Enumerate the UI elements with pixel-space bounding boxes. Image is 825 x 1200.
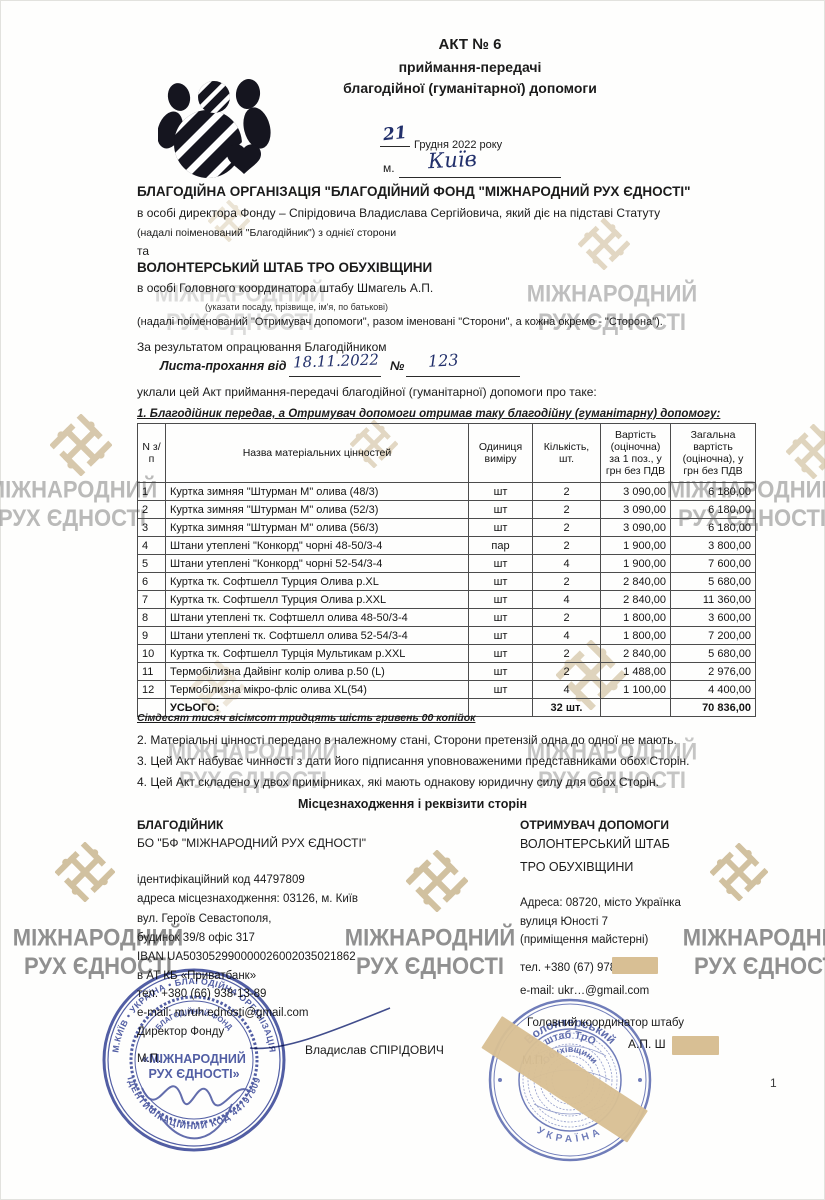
act-subtitle-2: благодійної (гуманітарної) допомоги — [300, 80, 640, 96]
total-qty: 32 шт. — [533, 699, 601, 717]
table-row: 11Термобілизна Дайвінг колір олива р.50 … — [138, 663, 756, 681]
cell-total: 7 600,00 — [671, 555, 756, 573]
cell-name: Куртка тк. Софтшелл Турція Мультикам р.X… — [166, 645, 469, 663]
cell-total: 2 976,00 — [671, 663, 756, 681]
cell-qty: 2 — [533, 663, 601, 681]
cell-total: 5 680,00 — [671, 645, 756, 663]
cell-name: Куртка тк. Софтшелл Турция Олива р.XL — [166, 573, 469, 591]
table-row: 8Штани утеплені тк. Софтшелл олива 48-50… — [138, 609, 756, 627]
cell-no: 11 — [138, 663, 166, 681]
table-row: 6Куртка тк. Софтшелл Турция Олива р.XLшт… — [138, 573, 756, 591]
header-name: Назва матеріальних цінностей — [166, 424, 469, 483]
table-row: 3Куртка зимняя "Штурман М" олива (56/3)ш… — [138, 519, 756, 537]
cell-total: 3 600,00 — [671, 609, 756, 627]
cell-total: 4 400,00 — [671, 681, 756, 699]
items-table: N з/п Назва матеріальних цінностей Одини… — [137, 423, 756, 717]
svg-text:БЛАГОДІЙНИЙ ФОНД: БЛАГОДІЙНИЙ ФОНД — [154, 1007, 235, 1032]
cell-unit: шт — [469, 681, 533, 699]
cell-qty: 2 — [533, 609, 601, 627]
cell-no: 7 — [138, 591, 166, 609]
cell-unit: шт — [469, 627, 533, 645]
cell-empty — [601, 699, 671, 717]
recipient-named-note: (надалі поіменований "Отримувач допомоги… — [137, 316, 663, 328]
stamp-inner-top-text: БЛАГОДІЙНИЙ ФОНД — [154, 1007, 235, 1032]
benefactor-org-title: БЛАГОДІЙНА ОРГАНІЗАЦІЯ "БЛАГОДІЙНИЙ ФОНД… — [137, 184, 690, 199]
cell-unit: шт — [469, 591, 533, 609]
header-no: N з/п — [138, 424, 166, 483]
cell-name: Куртка зимняя "Штурман М" олива (56/3) — [166, 519, 469, 537]
org-logo-watermark-icon — [55, 842, 115, 902]
benefactor-address-1: адреса місцезнаходження: 03126, м. Київ — [137, 893, 358, 905]
cell-price: 1 800,00 — [601, 609, 671, 627]
recipient-name-1: ВОЛОНТЕРСЬКИЙ ШТАБ — [520, 837, 670, 851]
table-row: 7Куртка тк. Софтшелл Турция Олива р.XXLш… — [138, 591, 756, 609]
cell-name: Штани утеплені тк. Софтшелл олива 52-54/… — [166, 627, 469, 645]
cell-unit: шт — [469, 501, 533, 519]
cell-no: 6 — [138, 573, 166, 591]
cell-no: 9 — [138, 627, 166, 645]
clause-4: 4. Цей Акт складено у двох примірниках, … — [137, 775, 659, 789]
conclusion-line: уклали цей Акт приймання-передачі благод… — [137, 385, 597, 399]
handwritten-city: Київ — [427, 147, 477, 174]
cell-unit: шт — [469, 609, 533, 627]
act-number-title: АКТ № 6 — [300, 36, 640, 53]
recipient-role-title: ОТРИМУВАЧ ДОПОМОГИ — [520, 818, 669, 832]
page-number: 1 — [770, 1076, 777, 1090]
org-logo-watermark-icon — [50, 414, 112, 476]
cell-name: Штани утеплені "Конкорд" чорні 52-54/3-4 — [166, 555, 469, 573]
benefactor-iban: IBAN UA503052990000026002035021862 — [137, 951, 356, 963]
cell-no: 10 — [138, 645, 166, 663]
header-total: Загальна вартість (оціночна), у грн без … — [671, 424, 756, 483]
cell-no: 1 — [138, 483, 166, 501]
cell-qty: 2 — [533, 483, 601, 501]
total-value: 70 836,00 — [671, 699, 756, 717]
stamp-ring-bottom-text: ІДЕНТИФІКАЦІЙНИЙ КОД 44797809 — [125, 1075, 262, 1131]
handwritten-letter-date: 18.11.2022 — [293, 351, 379, 372]
and-word: та — [137, 244, 149, 258]
benefactor-representative: в особі директора Фонду – Спірідовича Вл… — [137, 206, 660, 220]
cell-price: 3 090,00 — [601, 483, 671, 501]
letter-request-label: Листа-прохання від — [160, 359, 286, 373]
cell-qty: 2 — [533, 573, 601, 591]
cell-no: 2 — [138, 501, 166, 519]
org-name-watermark: МІЖНАРОДНИЙРУХ ЄДНОСТІ — [678, 923, 825, 980]
items-table-body: 1Куртка зимняя "Штурман М" олива (48/3)ш… — [138, 483, 756, 699]
cell-name: Куртка зимняя "Штурман М" олива (52/3) — [166, 501, 469, 519]
table-row: 9Штани утеплені тк. Софтшелл олива 52-54… — [138, 627, 756, 645]
document-page: МІЖНАРОДНИЙРУХ ЄДНОСТІ МІЖНАРОДНИЙРУХ ЄД… — [0, 0, 825, 1200]
benefactor-role-title: БЛАГОДІЙНИК — [137, 818, 223, 832]
org-logo-watermark-icon — [578, 218, 630, 270]
handwritten-day: 21 — [382, 123, 408, 145]
position-hint-note: (указати посаду, прізвище, ім'я, по бать… — [205, 302, 388, 312]
svg-text:ІДЕНТИФІКАЦІЙНИЙ КОД 44797809: ІДЕНТИФІКАЦІЙНИЙ КОД 44797809 — [125, 1075, 262, 1131]
benefactor-address-3: будинок 39/8 офіс 317 — [137, 932, 255, 944]
cell-price: 1 900,00 — [601, 537, 671, 555]
cell-no: 3 — [138, 519, 166, 537]
cell-qty: 4 — [533, 627, 601, 645]
cell-qty: 2 — [533, 645, 601, 663]
cell-unit: шт — [469, 519, 533, 537]
cell-qty: 2 — [533, 501, 601, 519]
cell-name: Куртка зимняя "Штурман М" олива (48/3) — [166, 483, 469, 501]
cell-total: 7 200,00 — [671, 627, 756, 645]
stamp-country-text: УКРАЇНА — [535, 1125, 605, 1145]
number-sign: № — [390, 359, 404, 373]
clause-3: 3. Цей Акт набуває чинності з дати його … — [137, 754, 690, 768]
amount-in-words: Сімдесят тисяч вісімсот тридцять шість г… — [137, 712, 475, 724]
cell-no: 4 — [138, 537, 166, 555]
org-name-watermark: МІЖНАРОДНИЙРУХ ЄДНОСТІ — [340, 923, 520, 980]
cell-price: 2 840,00 — [601, 645, 671, 663]
org-logo-watermark-icon — [710, 843, 768, 901]
cell-price: 3 090,00 — [601, 501, 671, 519]
cell-total: 11 360,00 — [671, 591, 756, 609]
cell-price: 1 100,00 — [601, 681, 671, 699]
cell-unit: шт — [469, 555, 533, 573]
table-row: 5Штани утеплені "Конкорд" чорні 52-54/3-… — [138, 555, 756, 573]
cell-name: Куртка тк. Софтшелл Турция Олива р.XXL — [166, 591, 469, 609]
cell-total: 6 180,00 — [671, 519, 756, 537]
table-caption: 1. Благодійник передав, а Отримувач допо… — [137, 408, 720, 420]
redaction-block — [672, 1036, 719, 1055]
cell-qty: 4 — [533, 591, 601, 609]
redaction-block — [612, 957, 658, 974]
clause-2: 2. Матеріальні цінності передано в належ… — [137, 733, 677, 747]
people-heart-emblem-icon — [158, 70, 273, 182]
benefactor-id-code: ідентифікаційний код 44797809 — [137, 874, 305, 886]
recipient-phone: тел. +380 (67) 978- — [520, 962, 620, 974]
cell-unit: пар — [469, 537, 533, 555]
header-unit: Одиниця виміру — [469, 424, 533, 483]
cell-name: Штани утеплені "Конкорд" чорні 48-50/3-4 — [166, 537, 469, 555]
header-qty: Кількість, шт. — [533, 424, 601, 483]
cell-total: 6 180,00 — [671, 483, 756, 501]
cell-unit: шт — [469, 573, 533, 591]
document-title-block: АКТ № 6 приймання-передачі благодійної (… — [300, 36, 640, 101]
cell-name: Термобілизна Дайвінг колір олива р.50 (L… — [166, 663, 469, 681]
recipient-address-3: (приміщення майстерні) — [520, 934, 648, 946]
table-row: 4Штани утеплені "Конкорд" чорні 48-50/3-… — [138, 537, 756, 555]
cell-no: 12 — [138, 681, 166, 699]
org-logo-watermark-icon — [406, 850, 468, 912]
org-name-watermark: МІЖНАРОДНИЙРУХ ЄДНОСТІ — [522, 279, 702, 336]
cell-qty: 2 — [533, 519, 601, 537]
cell-price: 1 900,00 — [601, 555, 671, 573]
benefactor-name: БО "БФ "МІЖНАРОДНИЙ РУХ ЄДНОСТІ" — [137, 836, 366, 850]
cell-qty: 4 — [533, 555, 601, 573]
header-price: Вартість (оціночна) за 1 поз., у грн без… — [601, 424, 671, 483]
cell-name: Штани утеплені тк. Софтшелл олива 48-50/… — [166, 609, 469, 627]
stamp-org-name-line1: «МІЖНАРОДНИЙ — [142, 1051, 246, 1066]
cell-price: 2 840,00 — [601, 591, 671, 609]
cell-name: Термобілизна мікро-фліс олива XL(54) — [166, 681, 469, 699]
cell-no: 5 — [138, 555, 166, 573]
recipient-address-2: вулиця Юності 7 — [520, 916, 608, 928]
table-header-row: N з/п Назва матеріальних цінностей Одини… — [138, 424, 756, 483]
benefactor-named-note: (надалі поіменований "Благодійник") з од… — [137, 227, 396, 239]
cell-unit: шт — [469, 663, 533, 681]
benefactor-address-2: вул. Героїв Севастополя, — [137, 913, 271, 925]
stamp-org-name-line2: РУХ ЄДНОСТІ» — [148, 1067, 239, 1081]
cell-unit: шт — [469, 483, 533, 501]
table-row: 12Термобілизна мікро-фліс олива XL(54)шт… — [138, 681, 756, 699]
recipient-org-title: ВОЛОНТЕРСЬКИЙ ШТАБ ТРО ОБУХІВЩИНИ — [137, 260, 432, 275]
recipient-representative: в особі Головного координатора штабу Шма… — [137, 281, 433, 295]
cell-total: 5 680,00 — [671, 573, 756, 591]
cell-price: 3 090,00 — [601, 519, 671, 537]
cell-price: 2 840,00 — [601, 573, 671, 591]
cell-qty: 2 — [533, 537, 601, 555]
recipient-address-1: Адреса: 08720, місто Українка — [520, 897, 681, 909]
requisites-title: Місцезнаходження і реквізити сторін — [0, 797, 825, 811]
cell-no: 8 — [138, 609, 166, 627]
cell-unit: шт — [469, 645, 533, 663]
city-label: м. — [383, 161, 395, 175]
recipient-name-2: ТРО ОБУХІВЩИНИ — [520, 860, 633, 874]
cell-total: 3 800,00 — [671, 537, 756, 555]
cell-price: 1 800,00 — [601, 627, 671, 645]
table-row: 10Куртка тк. Софтшелл Турція Мультикам р… — [138, 645, 756, 663]
cell-empty — [469, 699, 533, 717]
benefactor-round-stamp: М.КИЇВ • УКРАЇНА • БЛАГОДІЙНА ОРГАНІЗАЦІ… — [100, 966, 288, 1154]
act-subtitle-1: приймання-передачі — [300, 59, 640, 75]
table-row: 1Куртка зимняя "Штурман М" олива (48/3)ш… — [138, 483, 756, 501]
cell-qty: 4 — [533, 681, 601, 699]
org-logo-watermark-icon — [786, 424, 825, 479]
cell-total: 6 180,00 — [671, 501, 756, 519]
svg-text:УКРАЇНА: УКРАЇНА — [535, 1125, 605, 1145]
table-row: 2Куртка зимняя "Штурман М" олива (52/3)ш… — [138, 501, 756, 519]
cell-price: 1 488,00 — [601, 663, 671, 681]
handwritten-letter-number: 123 — [428, 350, 459, 371]
